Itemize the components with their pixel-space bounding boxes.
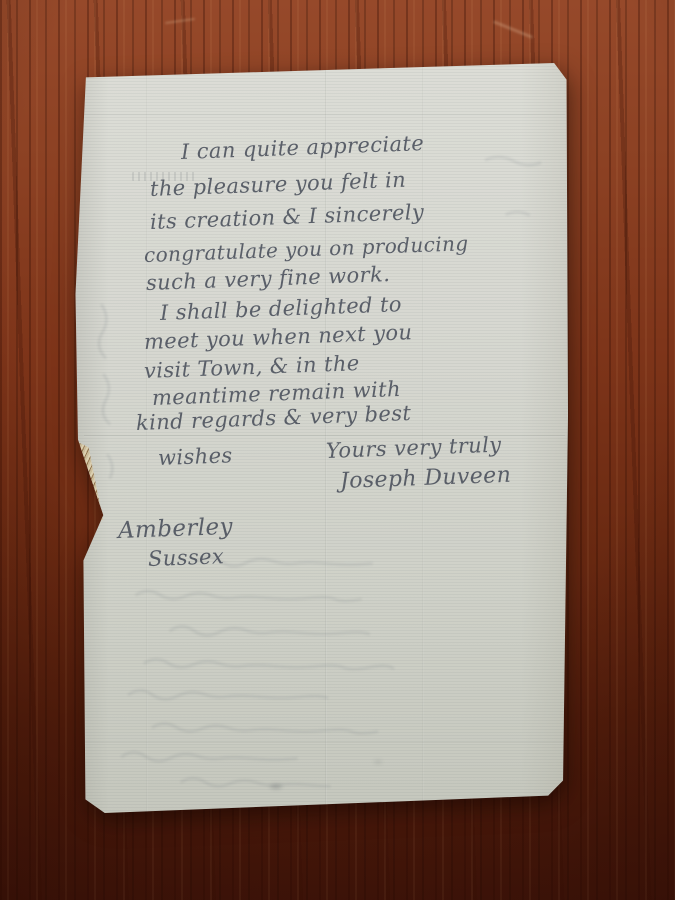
wood-scratch xyxy=(493,20,533,39)
ink-smudge xyxy=(270,784,282,789)
address-line: Amberley xyxy=(118,514,234,544)
letter-line: wishes xyxy=(158,443,233,470)
letter-paper: I can quite appreciate the pleasure you … xyxy=(74,60,570,816)
address-line: Sussex xyxy=(148,544,225,571)
letter-photo: I can quite appreciate the pleasure you … xyxy=(74,60,570,816)
ink-smudge xyxy=(374,760,382,764)
wood-scratch xyxy=(165,18,195,24)
